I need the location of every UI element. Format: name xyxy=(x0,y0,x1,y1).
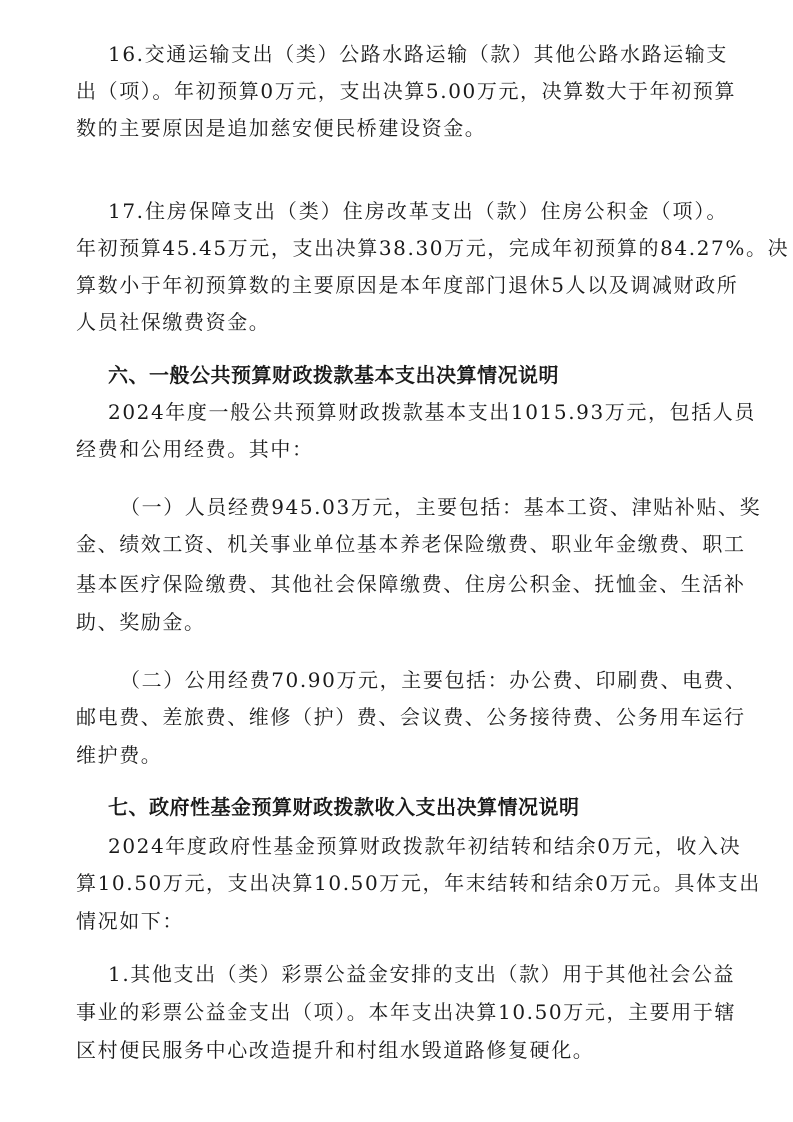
text-line: 邮电费、差旅费、维修（护）费、会议费、公务接待费、公务用车运行 xyxy=(76,705,728,729)
text-line: 人员社保缴费资金。 xyxy=(76,310,728,334)
text-line: （一）人员经费945.03万元，主要包括：基本工资、津贴补贴、奖 xyxy=(120,495,728,519)
text-line: 金、绩效工资、机关事业单位基本养老保险缴费、职业年金缴费、职工 xyxy=(76,532,728,556)
text-line: 算数小于年初预算数的主要原因是本年度部门退休5人以及调减财政所 xyxy=(76,273,728,297)
document-page: 16.交通运输支出（类）公路水路运输（款）其他公路水路运输支 出（项）。年初预算… xyxy=(0,0,793,1122)
section-heading: 七、政府性基金预算财政拨款收入支出决算情况说明 xyxy=(108,795,728,819)
text-line: 17.住房保障支出（类）住房改革支出（款）住房公积金（项）。 xyxy=(108,199,728,223)
text-line: 助、奖励金。 xyxy=(76,610,728,634)
text-line: 数的主要原因是追加慈安便民桥建设资金。 xyxy=(76,116,728,140)
section-heading: 六、一般公共预算财政拨款基本支出决算情况说明 xyxy=(108,363,728,387)
text-line: 基本医疗保险缴费、其他社会保障缴费、住房公积金、抚恤金、生活补 xyxy=(76,572,728,596)
text-line: 算10.50万元，支出决算10.50万元，年末结转和结余0万元。具体支出 xyxy=(76,871,728,895)
text-line: 年初预算45.45万元，支出决算38.30万元，完成年初预算的84.27%。决 xyxy=(76,236,728,260)
text-line: 1.其他支出（类）彩票公益金安排的支出（款）用于其他社会公益 xyxy=(108,962,728,986)
text-line: 16.交通运输支出（类）公路水路运输（款）其他公路水路运输支 xyxy=(108,42,728,66)
text-line: 经费和公用经费。其中： xyxy=(76,437,728,461)
text-line: 维护费。 xyxy=(76,743,728,767)
text-line: 情况如下： xyxy=(76,909,728,933)
text-line: 出（项）。年初预算0万元，支出决算5.00万元，决算数大于年初预算 xyxy=(76,79,728,103)
text-line: 事业的彩票公益金支出（项）。本年支出决算10.50万元，主要用于辖 xyxy=(76,1000,728,1024)
text-line: 2024年度政府性基金预算财政拨款年初结转和结余0万元，收入决 xyxy=(108,834,728,858)
text-line: 2024年度一般公共预算财政拨款基本支出1015.93万元，包括人员 xyxy=(108,400,728,424)
text-line: 区村便民服务中心改造提升和村组水毁道路修复硬化。 xyxy=(76,1038,728,1062)
text-line: （二）公用经费70.90万元，主要包括：办公费、印刷费、电费、 xyxy=(120,668,728,692)
